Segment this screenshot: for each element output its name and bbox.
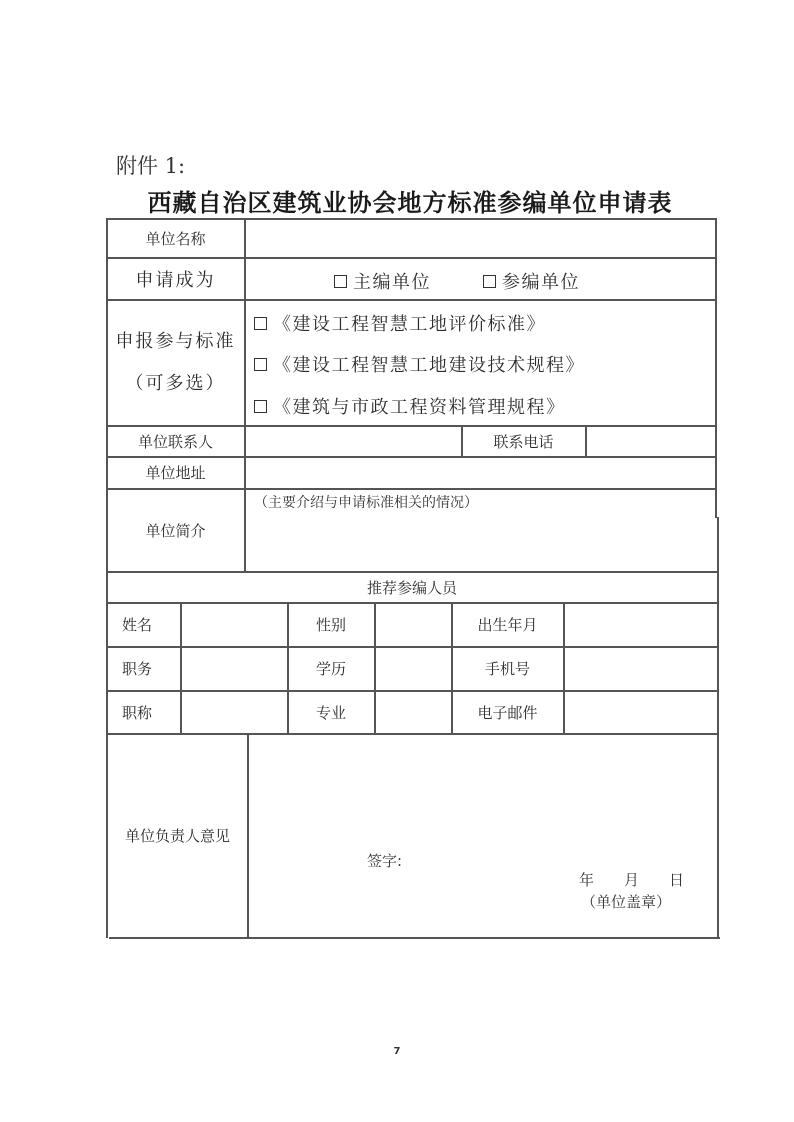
email-field[interactable]	[565, 691, 717, 733]
apply-as-label: 申请成为	[107, 258, 244, 299]
gender-field[interactable]	[376, 603, 451, 646]
row-divider	[106, 299, 716, 301]
title-field[interactable]	[182, 691, 287, 733]
mobile-field[interactable]	[565, 647, 717, 690]
checkbox-icon[interactable]	[254, 400, 267, 413]
standards-sublabel: （可多选）	[107, 364, 244, 400]
option-label: 《建设工程智慧工地评价标准》	[273, 310, 546, 336]
page-number: 7	[0, 1046, 794, 1057]
recommended-section-title: 推荐参编人员	[107, 572, 717, 602]
apply-as-co-editor-checkbox[interactable]: 参编单位	[483, 268, 580, 294]
checkbox-icon[interactable]	[254, 317, 267, 330]
name-field[interactable]	[182, 603, 287, 646]
address-field[interactable]	[246, 457, 716, 488]
apply-as-chief-editor-checkbox[interactable]: 主编单位	[334, 268, 431, 294]
attachment-label: 附件 1:	[116, 150, 185, 180]
checkbox-icon[interactable]	[254, 358, 267, 371]
unit-name-field[interactable]	[246, 219, 715, 257]
intro-hint: （主要介绍与申请标准相关的情况）	[254, 492, 478, 512]
table-border	[717, 517, 719, 938]
intro-label: 单位简介	[107, 489, 244, 571]
email-label: 电子邮件	[452, 691, 563, 733]
mobile-label: 手机号	[452, 647, 563, 690]
major-label: 专业	[288, 691, 374, 733]
date-label: 年 月 日	[579, 869, 684, 890]
major-field[interactable]	[376, 691, 451, 733]
unit-name-label: 单位名称	[107, 219, 244, 257]
option-label: 主编单位	[353, 268, 431, 294]
standard-option-3-checkbox[interactable]: 《建筑与市政工程资料管理规程》	[254, 393, 566, 419]
checkbox-icon[interactable]	[334, 275, 347, 288]
education-label: 学历	[288, 647, 374, 690]
intro-field[interactable]	[246, 512, 716, 570]
standard-option-1-checkbox[interactable]: 《建设工程智慧工地评价标准》	[254, 310, 546, 336]
option-label: 参编单位	[502, 268, 580, 294]
name-label: 姓名	[107, 603, 167, 646]
standard-option-2-checkbox[interactable]: 《建设工程智慧工地建设技术规程》	[254, 351, 585, 377]
option-label: 《建设工程智慧工地建设技术规程》	[273, 351, 585, 377]
position-field[interactable]	[182, 647, 287, 690]
contact-phone-field[interactable]	[587, 426, 715, 456]
seal-label: （单位盖章）	[581, 891, 671, 912]
contact-person-field[interactable]	[246, 426, 461, 456]
checkbox-icon[interactable]	[483, 275, 496, 288]
education-field[interactable]	[376, 647, 451, 690]
address-label: 单位地址	[107, 457, 244, 488]
page-title: 西藏自治区建筑业协会地方标准参编单位申请表	[100, 183, 720, 218]
birth-date-label: 出生年月	[452, 603, 563, 646]
gender-label: 性别	[288, 603, 374, 646]
contact-phone-label: 联系电话	[462, 426, 585, 456]
contact-person-label: 单位联系人	[107, 426, 244, 456]
position-label: 职务	[107, 647, 167, 690]
opinion-label: 单位负责人意见	[108, 734, 247, 937]
standards-label: 申报参与标准	[107, 320, 244, 360]
option-label: 《建筑与市政工程资料管理规程》	[273, 393, 566, 419]
table-border	[109, 937, 720, 939]
title-label: 职称	[107, 691, 167, 733]
opinion-field[interactable]	[249, 734, 717, 844]
signature-label: 签字:	[367, 850, 402, 871]
birth-date-field[interactable]	[565, 603, 717, 646]
